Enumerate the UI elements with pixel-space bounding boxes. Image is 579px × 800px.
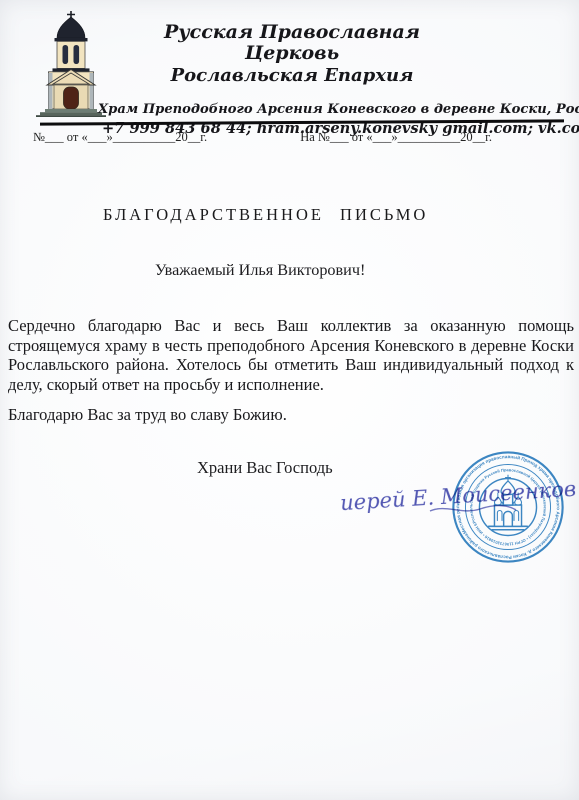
reference-number-left: №___ от «___»__________20__г.	[33, 130, 207, 145]
body-line: Сердечно благодарю Вас и весь Ваш коллек…	[8, 316, 574, 336]
body-line: строящемуся храму в честь преподобного А…	[8, 336, 574, 356]
org-name-line1: Русская Православная Церковь	[116, 22, 468, 64]
reference-line: №___ от «___»__________20__г. На №___ от…	[33, 130, 492, 145]
parish-stamp: Местная религиозная организация правосла…	[450, 449, 566, 565]
letter-page: Русская Православная Церковь Рославльска…	[0, 0, 579, 800]
salutation: Уважаемый Илья Викторович!	[155, 261, 365, 280]
temple-line: Храм Преподобного Арсения Коневского в д…	[98, 102, 486, 117]
org-name-line2: Рославльская Епархия	[116, 66, 468, 86]
body-paragraph2: Благодарю Вас за труд во славу Божию.	[8, 405, 574, 425]
closing-blessing: Храни Вас Господь	[197, 458, 333, 478]
letter-body: Сердечно благодарю Вас и весь Ваш коллек…	[8, 316, 574, 425]
letter-title: БЛАГОДАРСТВЕННОЕ ПИСЬМО	[103, 205, 428, 225]
stamp-church-icon	[489, 475, 528, 530]
church-logo-icon	[36, 10, 106, 118]
reference-number-right: На №___ от «___»__________20__г.	[300, 130, 492, 145]
body-line: Рославльского района. Хотелось бы отмети…	[8, 355, 574, 375]
body-line: делу, скорый ответ на просьбу и исполнен…	[8, 375, 574, 395]
